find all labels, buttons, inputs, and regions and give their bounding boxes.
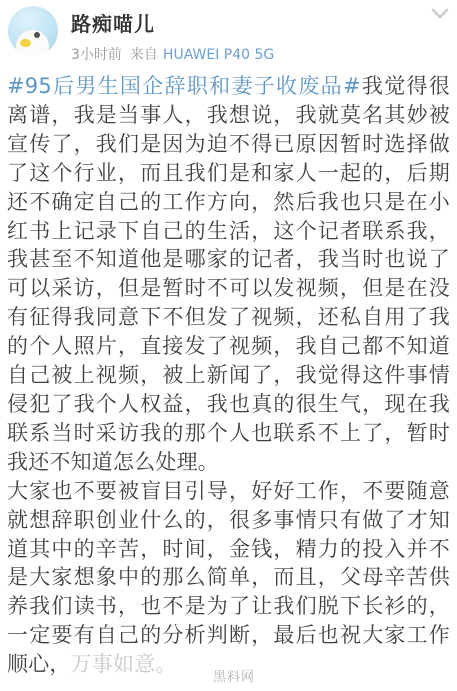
post-paragraph-1: #95后男生国企辞职和妻子收废品#我觉得很离谱，我是当事人，我想说，我就莫名其妙… (7, 72, 450, 477)
post-paragraph-2: 大家也不要被盲目引导，好好工作，不要随意就想辞职创业什么的，很多事情只有做了才知… (7, 477, 450, 679)
source-prefix: 来自 (130, 47, 158, 63)
post-meta: 3小时前来自HUAWEI P40 5G (71, 44, 274, 64)
post-text-2: 大家也不要被盲目引导，好好工作，不要随意就想辞职创业什么的，很多事情只有做了才知… (7, 479, 450, 676)
weibo-post: 路痴喵儿 3小时前来自HUAWEI P40 5G #95后男生国企辞职和妻子收废… (0, 0, 457, 691)
watermark: 黑料网 (213, 666, 255, 685)
source-device-link[interactable]: HUAWEI P40 5G (163, 47, 274, 63)
avatar-bird-beak (20, 39, 31, 47)
post-body: #95后男生国企辞职和妻子收废品#我觉得很离谱，我是当事人，我想说，我就莫名其妙… (0, 62, 457, 679)
timestamp: 3小时前 (71, 47, 122, 63)
chevron-down-icon[interactable] (431, 6, 449, 20)
post-text-1: 我觉得很离谱，我是当事人，我想说，我就莫名其妙被宣传了，我们是因为迫不得已原因暂… (7, 74, 450, 474)
username[interactable]: 路痴喵儿 (71, 8, 274, 37)
avatar-bird-eye (34, 32, 40, 38)
header-text: 路痴喵儿 3小时前来自HUAWEI P40 5G (71, 4, 274, 64)
post-text-faded: 万事如意。 (71, 652, 177, 676)
avatar[interactable] (8, 6, 58, 56)
post-header: 路痴喵儿 3小时前来自HUAWEI P40 5G (0, 0, 457, 62)
hashtag-link[interactable]: #95后男生国企辞职和妻子收废品# (7, 74, 361, 98)
